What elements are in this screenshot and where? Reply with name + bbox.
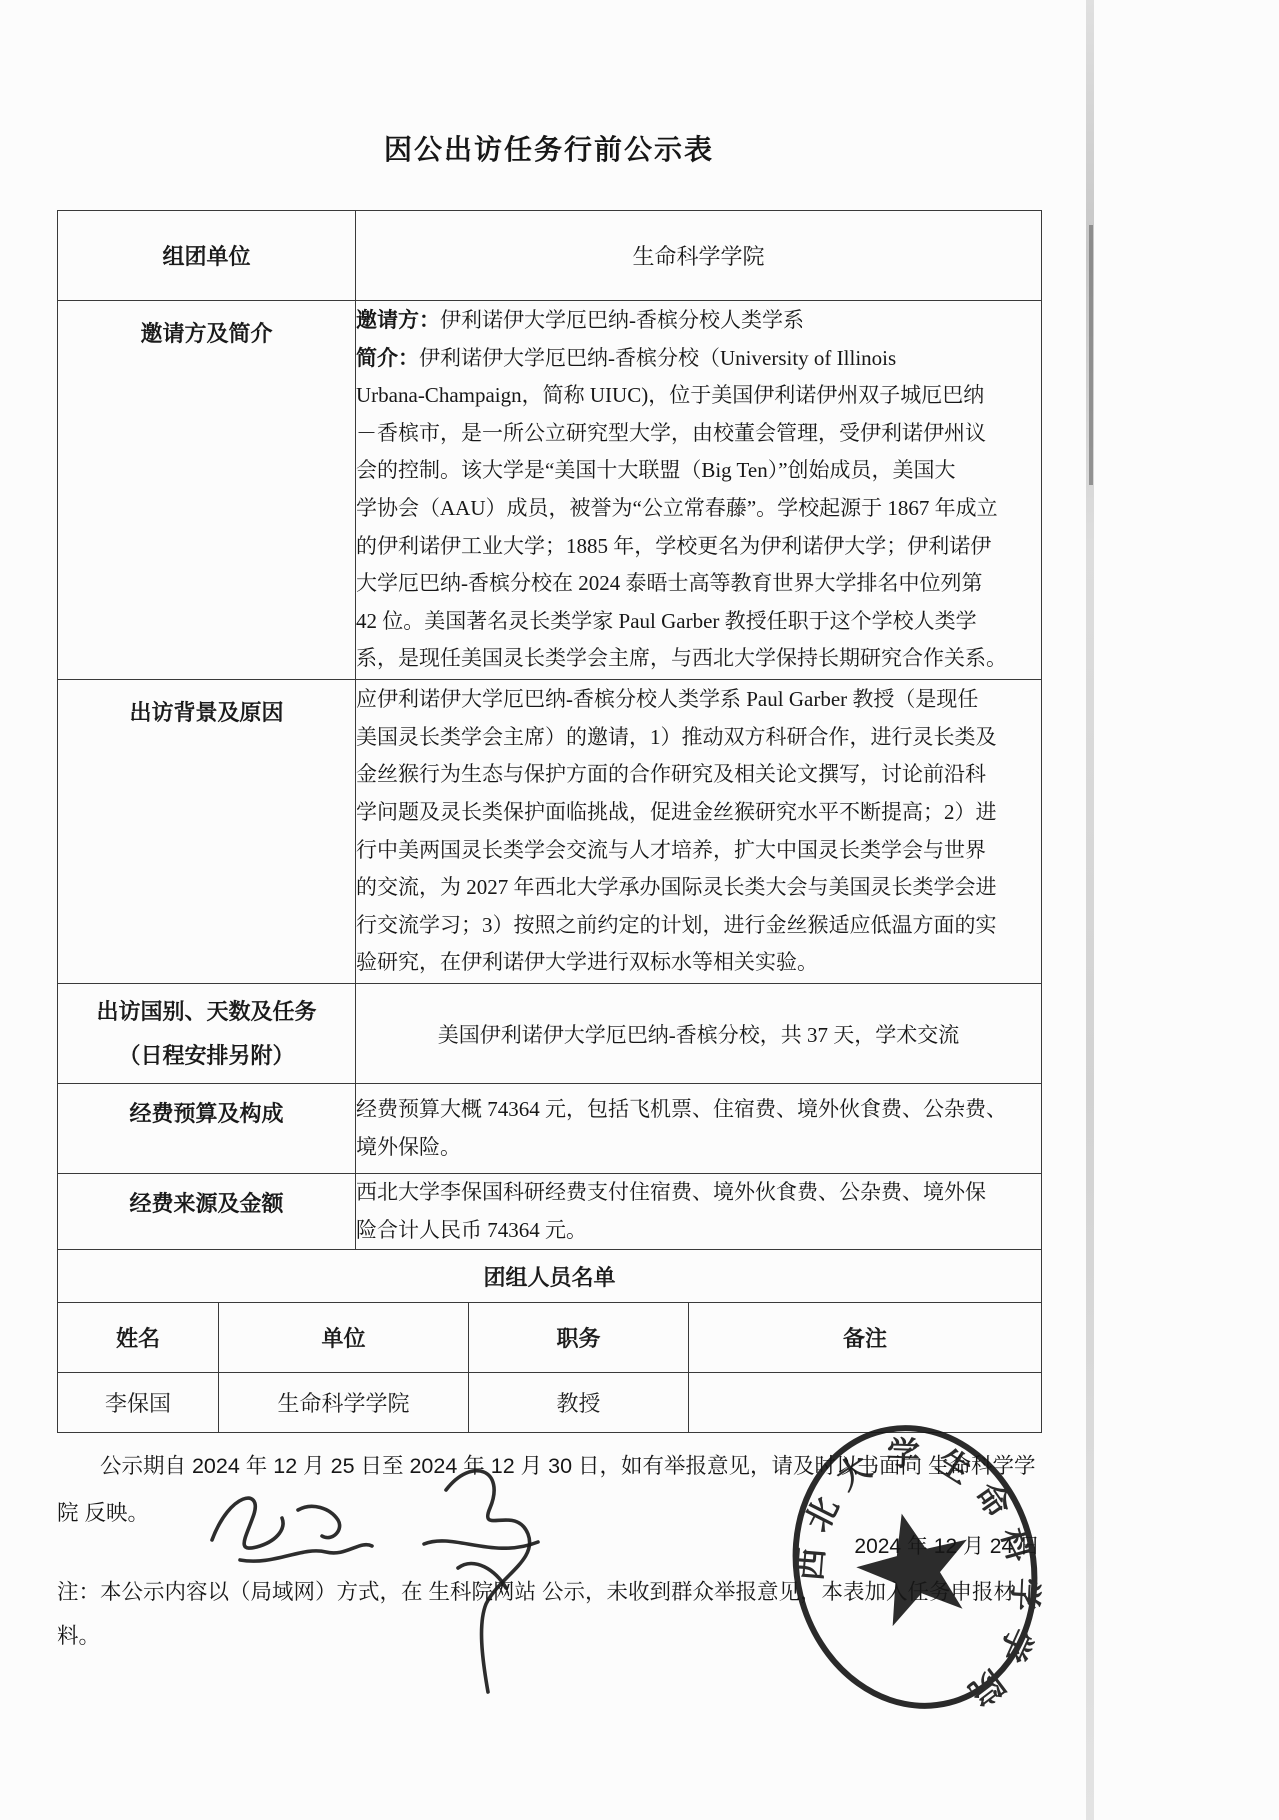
- row-group-unit: 组团单位 生命科学学院: [58, 211, 1042, 301]
- scanned-document-page: 因公出访任务行前公示表 组团单位 生命科学学院 邀请方及简介 邀请方：伊利诺伊大…: [0, 0, 1279, 1820]
- roster-member-row: 李保国 生命科学学院 教授: [58, 1373, 1042, 1433]
- field-label-destination: 出访国别、天数及任务 （日程安排另附）: [58, 984, 356, 1084]
- field-value-funding: 西北大学李保国科研经费支付住宿费、境外伙食费、公杂费、境外保 险合计人民币 74…: [356, 1174, 1042, 1250]
- roster-header-position: 职务: [469, 1303, 689, 1373]
- roster-header-name: 姓名: [58, 1303, 219, 1373]
- roster-cell-unit: 生命科学学院: [219, 1373, 469, 1433]
- roster-header-row: 姓名 单位 职务 备注: [58, 1303, 1042, 1373]
- row-funding-source: 经费来源及金额 西北大学李保国科研经费支付住宿费、境外伙食费、公杂费、境外保 险…: [58, 1174, 1042, 1250]
- bottom-note: 注：本公示内容以（局域网）方式，在 生科院网站 公示，未收到群众举报意见，本表加…: [57, 1570, 1067, 1658]
- field-value-destination: 美国伊利诺伊大学厄巴纳-香槟分校，共 37 天，学术交流: [356, 984, 1042, 1084]
- publicity-period-notice: 公示期自 2024 年 12 月 25 日至 2024 年 12 月 30 日，…: [57, 1443, 1047, 1537]
- page-title: 因公出访任务行前公示表: [57, 128, 1041, 168]
- field-label-budget: 经费预算及构成: [58, 1084, 356, 1174]
- row-visit-background: 出访背景及原因 应伊利诺伊大学厄巴纳-香槟分校人类学系 Paul Garber …: [58, 680, 1042, 984]
- roster-cell-name: 李保国: [58, 1373, 219, 1433]
- signature-date: 2024 年 12 月 24 日: [810, 1530, 1040, 1560]
- row-budget: 经费预算及构成 经费预算大概 74364 元，包括飞机票、住宿费、境外伙食费、公…: [58, 1084, 1042, 1174]
- inviter-line: 邀请方：伊利诺伊大学厄巴纳-香槟分校人类学系: [356, 302, 1041, 340]
- row-inviter-intro: 邀请方及简介 邀请方：伊利诺伊大学厄巴纳-香槟分校人类学系 简介：伊利诺伊大学厄…: [58, 301, 1042, 680]
- row-roster-title: 团组人员名单: [58, 1250, 1042, 1303]
- roster-header-remark: 备注: [689, 1303, 1042, 1373]
- pre-departure-publicity-form: 组团单位 生命科学学院 邀请方及简介 邀请方：伊利诺伊大学厄巴纳-香槟分校人类学…: [57, 210, 1042, 1433]
- row-destination-days-task: 出访国别、天数及任务 （日程安排另附） 美国伊利诺伊大学厄巴纳-香槟分校，共 3…: [58, 984, 1042, 1084]
- field-value-budget: 经费预算大概 74364 元，包括飞机票、住宿费、境外伙食费、公杂费、 境外保险…: [356, 1084, 1042, 1174]
- intro-paragraph: 简介：伊利诺伊大学厄巴纳-香槟分校（University of Illinois…: [356, 340, 1041, 678]
- field-label-funding: 经费来源及金额: [58, 1174, 356, 1250]
- field-label-background: 出访背景及原因: [58, 680, 356, 984]
- field-label-group-unit: 组团单位: [58, 211, 356, 301]
- roster-title: 团组人员名单: [58, 1250, 1042, 1303]
- roster-header-unit: 单位: [219, 1303, 469, 1373]
- field-value-inviter: 邀请方：伊利诺伊大学厄巴纳-香槟分校人类学系 简介：伊利诺伊大学厄巴纳-香槟分校…: [356, 301, 1042, 680]
- field-value-background: 应伊利诺伊大学厄巴纳-香槟分校人类学系 Paul Garber 教授（是现任 美…: [356, 680, 1042, 984]
- field-value-group-unit: 生命科学学院: [356, 211, 1042, 301]
- scan-edge-mark: [1089, 225, 1093, 485]
- field-label-inviter: 邀请方及简介: [58, 301, 356, 680]
- roster-cell-position: 教授: [469, 1373, 689, 1433]
- roster-cell-remark: [689, 1373, 1042, 1433]
